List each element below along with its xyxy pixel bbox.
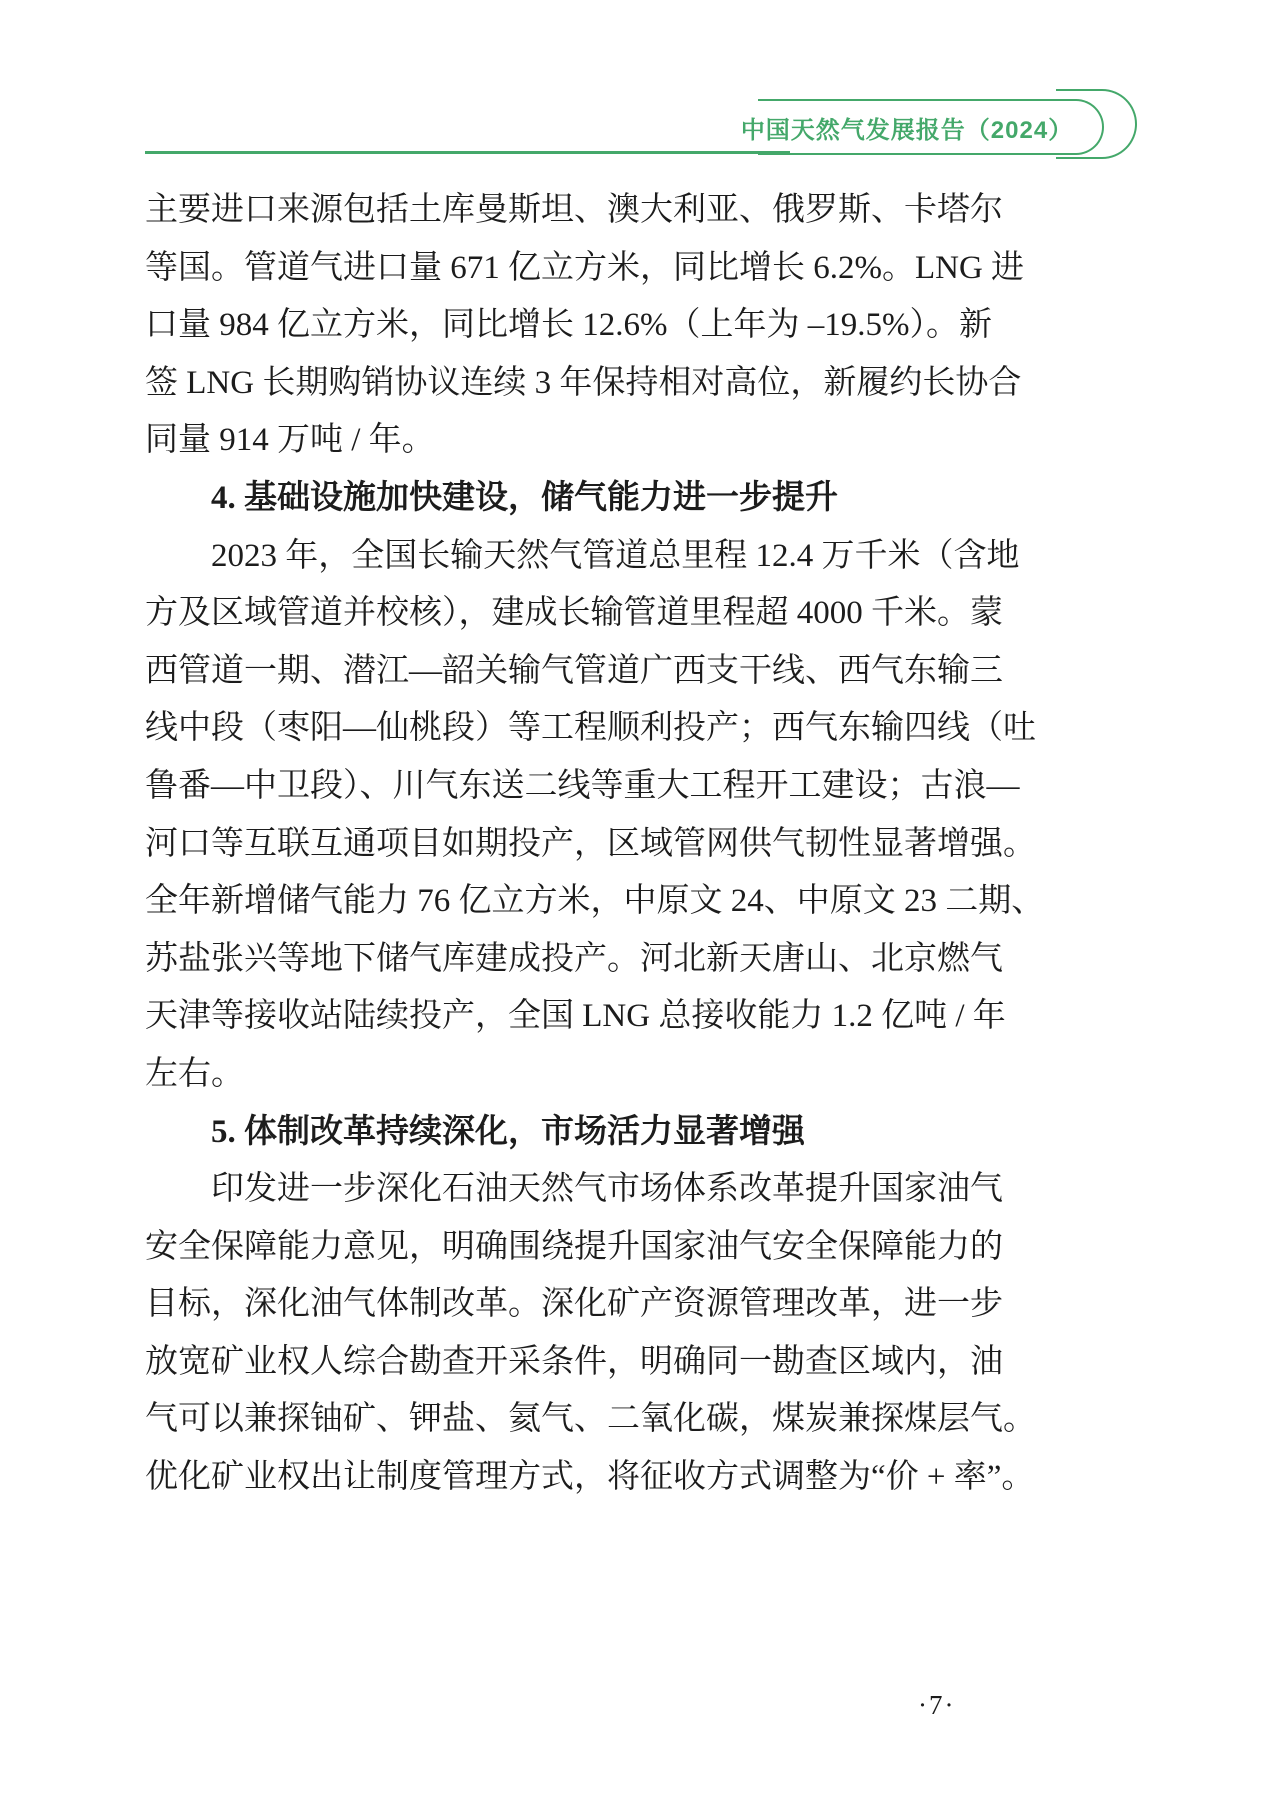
text-line: 左右。	[145, 1046, 975, 1104]
text-line: 全年新增储气能力 76 亿立方米，中原文 24、中原文 23 二期、	[145, 873, 975, 931]
text-line: 苏盐张兴等地下储气库建成投产。河北新天唐山、北京燃气	[145, 931, 975, 989]
text-line: 优化矿业权出让制度管理方式，将征收方式调整为“价 + 率”。	[145, 1449, 975, 1507]
paragraph: 主要进口来源包括土库曼斯坦、澳大利亚、俄罗斯、卡塔尔等国。管道气进口量 671 …	[145, 182, 975, 470]
text-line: 印发进一步深化石油天然气市场体系改革提升国家油气	[145, 1161, 975, 1219]
text-line: 线中段（枣阳—仙桃段）等工程顺利投产；西气东输四线（吐	[145, 700, 975, 758]
section-heading: 4. 基础设施加快建设，储气能力进一步提升	[145, 470, 975, 528]
text-line: 签 LNG 长期购销协议连续 3 年保持相对高位，新履约长协合	[145, 355, 975, 413]
document-page: { "header": { "title": "中国天然气发展报告（2024）"…	[0, 0, 1280, 1799]
text-line: 口量 984 亿立方米，同比增长 12.6%（上年为 –19.5%）。新	[145, 297, 975, 355]
section-heading: 5. 体制改革持续深化，市场活力显著增强	[145, 1104, 975, 1162]
report-title: 中国天然气发展报告（2024）	[741, 110, 1073, 145]
text-line: 气可以兼探铀矿、钾盐、氦气、二氧化碳，煤炭兼探煤层气。	[145, 1391, 975, 1449]
text-line: 天津等接收站陆续投产，全国 LNG 总接收能力 1.2 亿吨 / 年	[145, 988, 975, 1046]
text-line: 河口等互联互通项目如期投产，区域管网供气韧性显著增强。	[145, 816, 975, 874]
header-rule-line	[145, 151, 790, 154]
text-line: 鲁番—中卫段）、川气东送二线等重大工程开工建设；古浪—	[145, 758, 975, 816]
text-line: 目标，深化油气体制改革。深化矿产资源管理改革，进一步	[145, 1276, 975, 1334]
text-line: 方及区域管道并校核），建成长输管道里程超 4000 千米。蒙	[145, 585, 975, 643]
document-content: 主要进口来源包括土库曼斯坦、澳大利亚、俄罗斯、卡塔尔等国。管道气进口量 671 …	[145, 182, 975, 1507]
text-line: 安全保障能力意见，明确围绕提升国家油气安全保障能力的	[145, 1219, 975, 1277]
text-line: 西管道一期、潜江—韶关输气管道广西支干线、西气东输三	[145, 643, 975, 701]
text-line: 放宽矿业权人综合勘查开采条件，明确同一勘查区域内，油	[145, 1334, 975, 1392]
page-header: 中国天然气发展报告（2024）	[0, 94, 1280, 154]
text-line: 主要进口来源包括土库曼斯坦、澳大利亚、俄罗斯、卡塔尔	[145, 182, 975, 240]
paragraph: 印发进一步深化石油天然气市场体系改革提升国家油气安全保障能力意见，明确围绕提升国…	[145, 1161, 975, 1507]
text-line: 2023 年，全国长输天然气管道总里程 12.4 万千米（含地	[145, 528, 975, 586]
text-line: 同量 914 万吨 / 年。	[145, 412, 975, 470]
text-line: 等国。管道气进口量 671 亿立方米，同比增长 6.2%。LNG 进	[145, 240, 975, 298]
header-ornament-pill: 中国天然气发展报告（2024）	[758, 99, 1104, 155]
page-number: ·7·	[918, 1690, 955, 1721]
paragraph: 2023 年，全国长输天然气管道总里程 12.4 万千米（含地方及区域管道并校核…	[145, 528, 975, 1104]
